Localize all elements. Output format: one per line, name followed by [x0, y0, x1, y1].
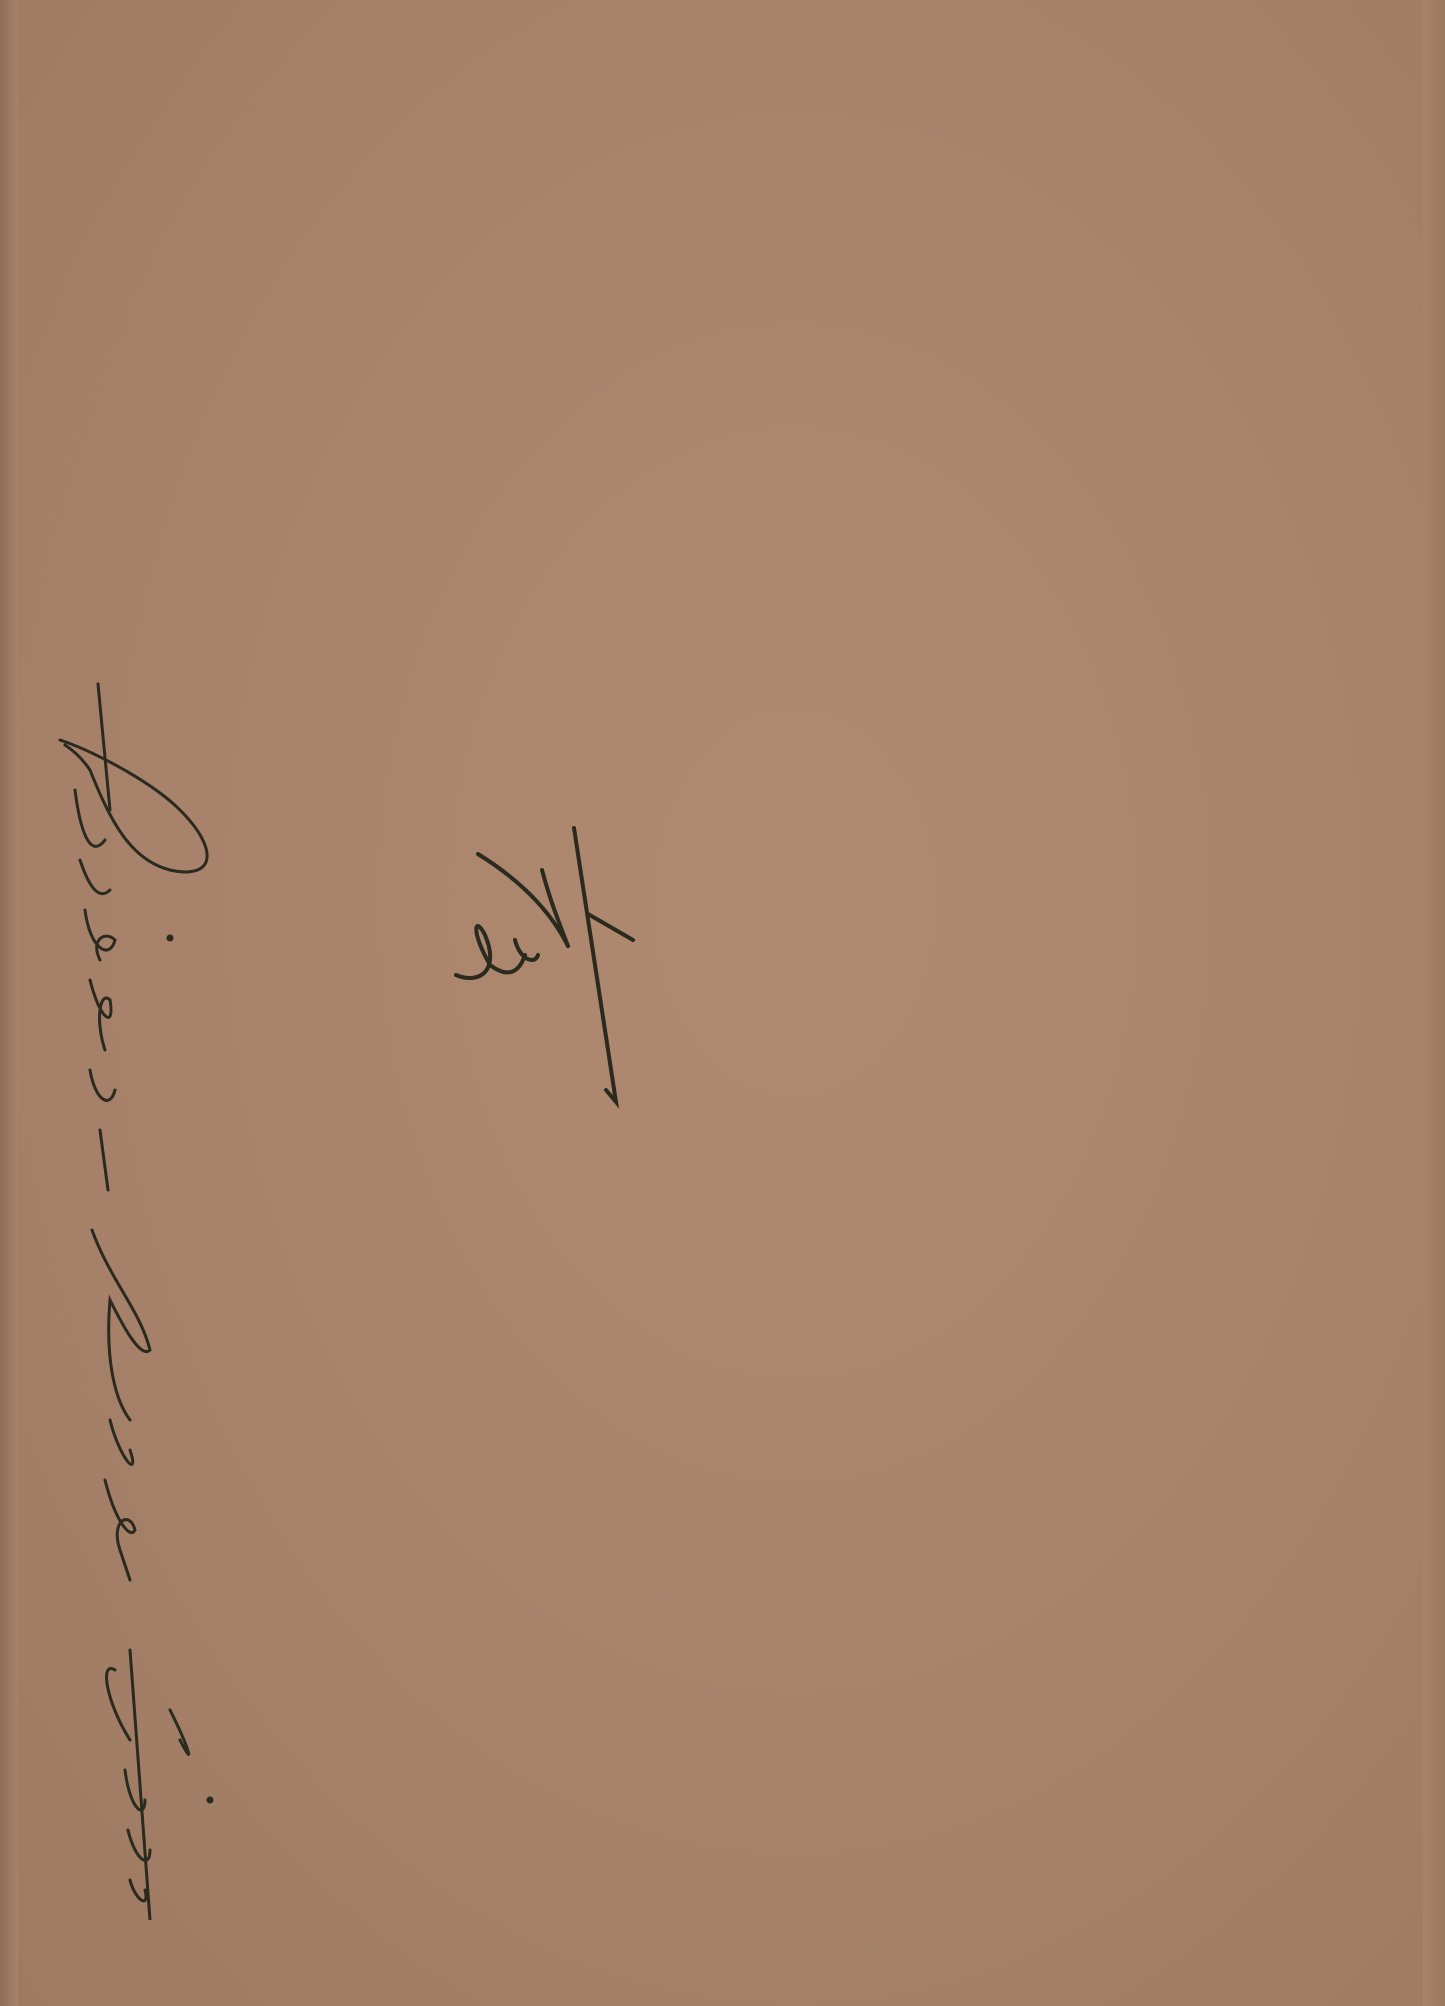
- paper-sheet: Pirisoleo – Leon Famileio LV: [0, 0, 1445, 2006]
- paper-edge-left: [0, 0, 18, 2006]
- initials-mark: [440, 820, 640, 1120]
- handwritten-inscription: [20, 660, 220, 1920]
- paper-edge-right: [1423, 0, 1445, 2006]
